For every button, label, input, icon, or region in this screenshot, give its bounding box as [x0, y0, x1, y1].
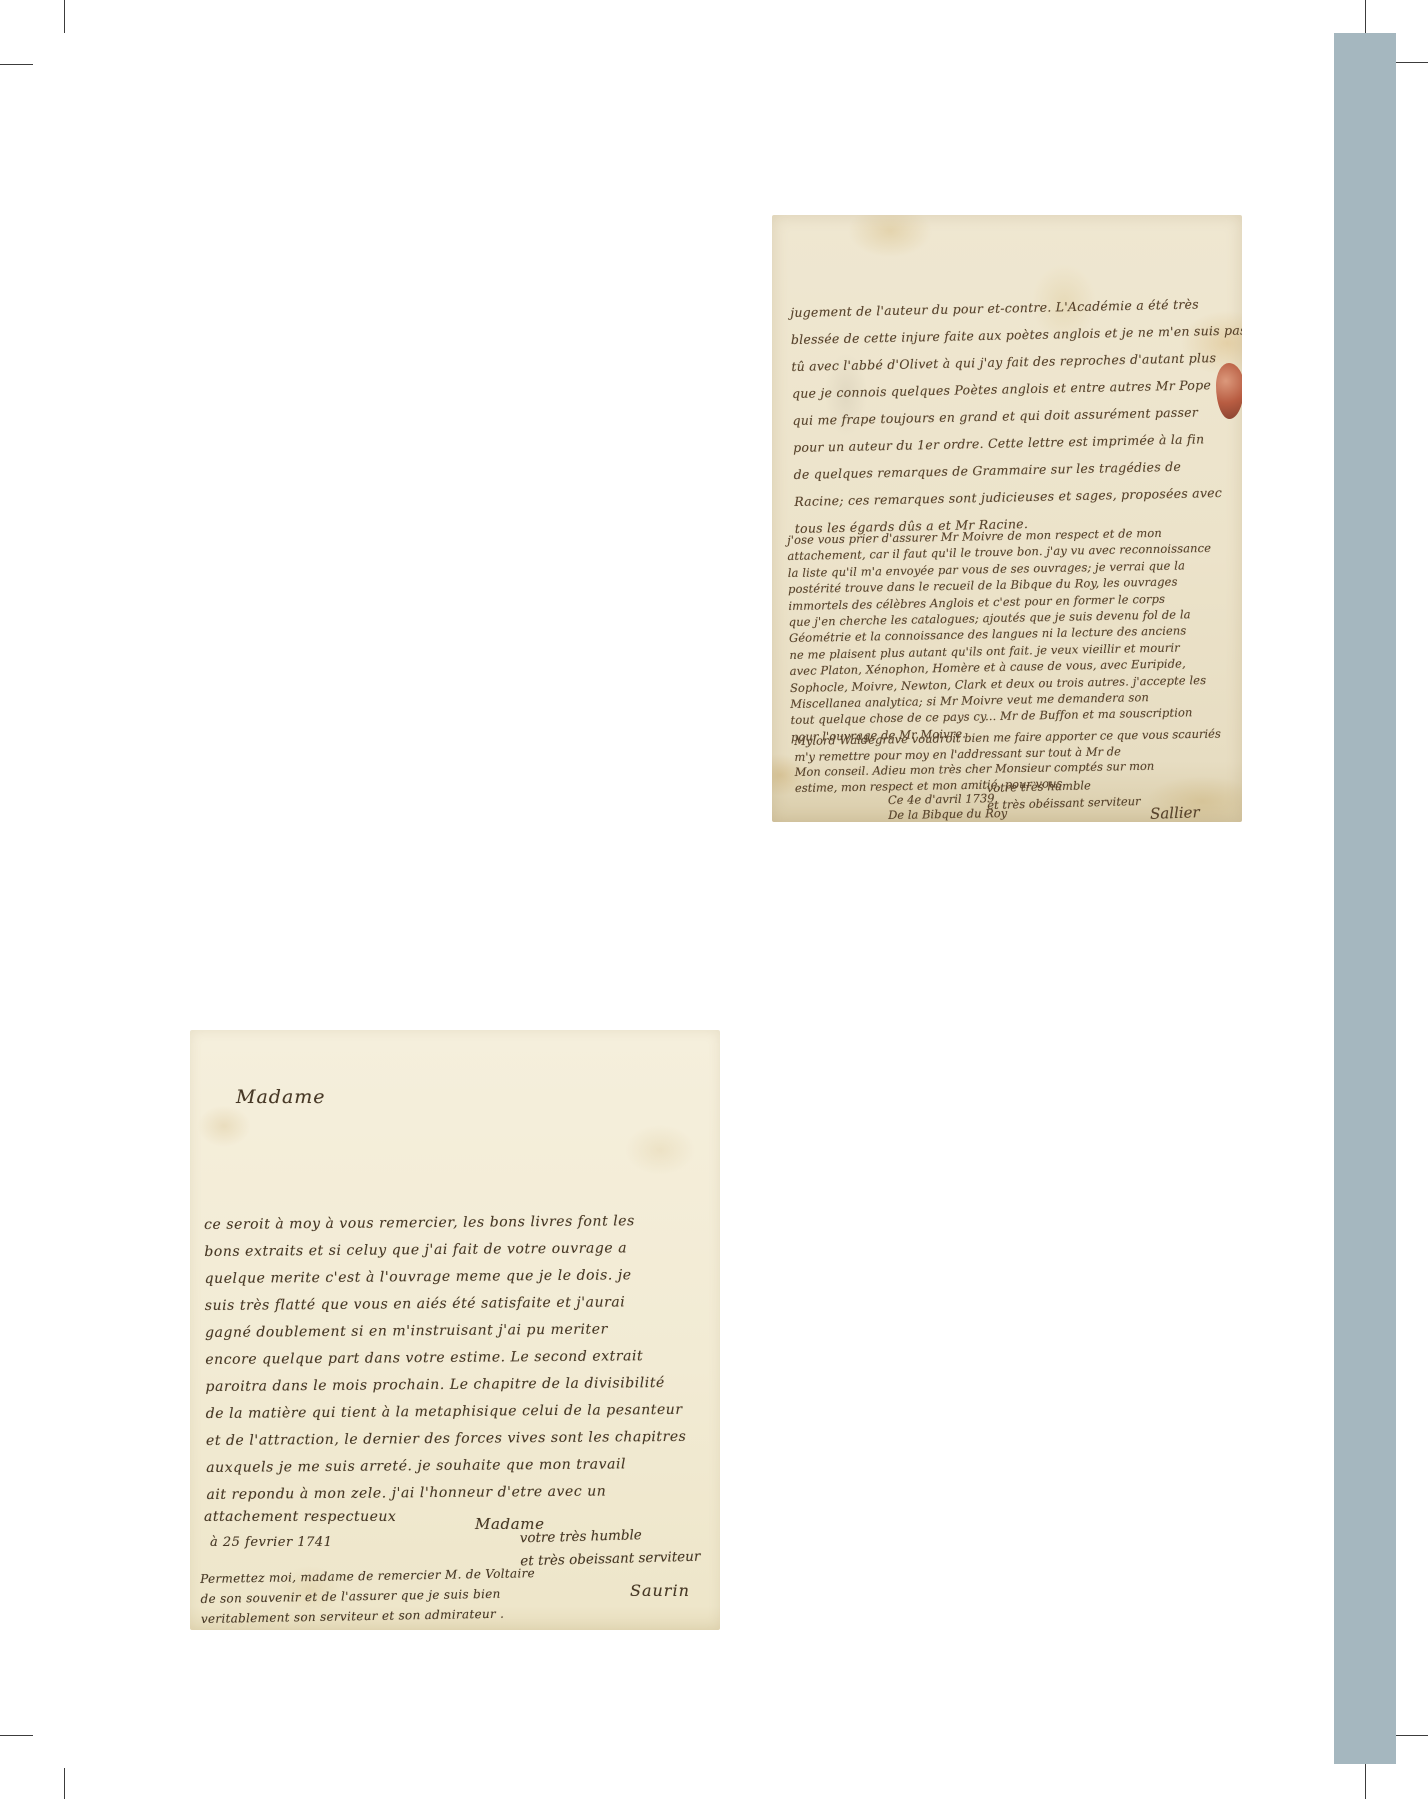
letter-bottom-closing-right: votre très humbleet très obeissant servi… [519, 1523, 700, 1574]
letter-bottom-body: ce seroit à moy à vous remercier, les bo… [204, 1207, 817, 1509]
crop-mark-bottom-left-horizontal [0, 1735, 33, 1736]
letter-bottom-postscript: Permettez moi, madame de remercier M. de… [200, 1563, 536, 1629]
crop-mark-top-right-vertical [1365, 0, 1366, 33]
crop-mark-bottom-right-vertical [1365, 1764, 1366, 1799]
crop-mark-bottom-left-vertical [64, 1768, 65, 1799]
crop-mark-top-left-horizontal [0, 64, 33, 65]
letter-bottom-salutation: Madame [236, 1086, 326, 1108]
manuscript-letter-bottom: Madame ce seroit à moy à vous remercier,… [190, 1030, 720, 1630]
handwritten-line: ait repondu à mon zele. j'ai l'honneur d… [206, 1477, 816, 1509]
letter-bottom-closing-left: attachement respectueux [204, 1509, 396, 1525]
manuscript-letter-top: jugement de l'auteur du pour et-contre. … [772, 215, 1242, 822]
handwritten-line: et très obeissant serviteur [520, 1546, 701, 1574]
letter-bottom-date: à 25 fevrier 1741 [210, 1535, 332, 1550]
wax-seal [1216, 363, 1242, 419]
letter-top-paragraph-1: jugement de l'auteur du pour et-contre. … [790, 290, 1241, 542]
letter-top-closing: votre très humbleet très obéissant servi… [987, 776, 1141, 814]
page: { "page": { "background_color": "#ffffff… [0, 0, 1428, 1799]
letter-bottom-signature: Saurin [630, 1581, 690, 1600]
handwritten-line: et très obéissant serviteur [987, 793, 1141, 814]
crop-mark-top-right-horizontal [1395, 62, 1428, 63]
handwritten-line: De la Bibque du Roy [888, 806, 1007, 822]
letter-top-paragraph-2: j'ose vous prier d'assurer Mr Moivre de … [787, 523, 1242, 745]
letter-top-dateline: Ce 4e d'avril 1739De la Bibque du Roy [888, 791, 1008, 822]
crop-mark-bottom-right-horizontal [1395, 1735, 1428, 1736]
crop-mark-top-left-vertical [64, 0, 65, 33]
letter-top-signature: Sallier [1150, 803, 1200, 822]
margin-color-bar [1334, 33, 1396, 1764]
